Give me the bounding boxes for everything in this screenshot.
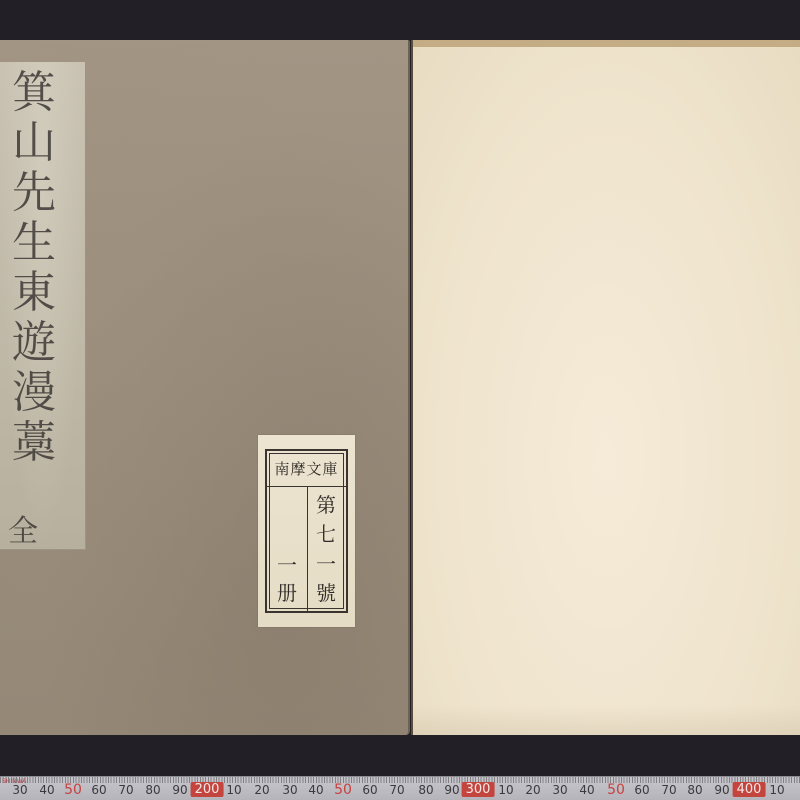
ruler-label: 10 (769, 783, 784, 797)
title-char: 漫 (12, 368, 56, 418)
title-char: 生 (12, 218, 56, 268)
call-number: 第 七 一 號 (306, 491, 346, 607)
ruler-label: 30 (12, 783, 27, 797)
ruler-label: 40 (39, 783, 54, 797)
volume-count-char: 一 (277, 551, 297, 579)
ruler-label: 50 (64, 782, 82, 798)
ruler-label: 300 (462, 782, 495, 797)
call-number-char: 號 (316, 579, 336, 607)
library-name: 南摩文庫 (267, 451, 346, 487)
ruler-label: 400 (733, 782, 766, 797)
ruler-label: 20 (525, 783, 540, 797)
ruler-label: 60 (362, 783, 377, 797)
ruler-label: 90 (444, 783, 459, 797)
ruler-label: 70 (661, 783, 676, 797)
ruler-label: 40 (579, 783, 594, 797)
blank-endpaper (411, 40, 800, 735)
label-divider (307, 487, 309, 611)
ruler-label: 60 (91, 783, 106, 797)
measuring-ruler: SHINWA 304050607080902001020304050607080… (0, 776, 800, 800)
volume-count: 一 册 (267, 491, 307, 607)
ruler-label: 200 (191, 782, 224, 797)
ruler-label: 80 (418, 783, 433, 797)
title-slip: 箕 山 先 生 東 遊 漫 藁 全 (0, 62, 86, 550)
ruler-label: 70 (389, 783, 404, 797)
ruler-label: 90 (714, 783, 729, 797)
ruler-label: 50 (607, 782, 625, 798)
title-char: 東 (12, 268, 56, 318)
ruler-label: 10 (498, 783, 513, 797)
ruler-label: 30 (282, 783, 297, 797)
ruler-label: 70 (118, 783, 133, 797)
ruler-label: 50 (334, 782, 352, 798)
title-char: 遊 (12, 318, 56, 368)
ruler-label: 80 (687, 783, 702, 797)
title-char: 先 (12, 168, 56, 218)
ruler-label: 90 (172, 783, 187, 797)
ruler-label: 60 (634, 783, 649, 797)
volume-mark: 全 (8, 506, 38, 550)
call-number-char: 第 (316, 491, 336, 519)
page-shadow (413, 705, 800, 735)
title-char: 箕 (12, 68, 56, 118)
ruler-label: 40 (308, 783, 323, 797)
ruler-label: 20 (254, 783, 269, 797)
ruler-label: 30 (552, 783, 567, 797)
book-cover: 箕 山 先 生 東 遊 漫 藁 全 南摩文庫 第 七 一 號 一 册 (0, 40, 410, 735)
library-label: 南摩文庫 第 七 一 號 一 册 (258, 435, 355, 627)
title-char: 藁 (12, 418, 56, 468)
label-frame: 南摩文庫 第 七 一 號 一 册 (265, 449, 348, 613)
ruler-label: 80 (145, 783, 160, 797)
book-title: 箕 山 先 生 東 遊 漫 藁 (4, 68, 64, 468)
ruler-label: 10 (226, 783, 241, 797)
volume-count-char: 册 (277, 579, 297, 607)
call-number-char: 一 (316, 550, 336, 578)
title-char: 山 (12, 118, 56, 168)
call-number-char: 七 (316, 520, 336, 548)
